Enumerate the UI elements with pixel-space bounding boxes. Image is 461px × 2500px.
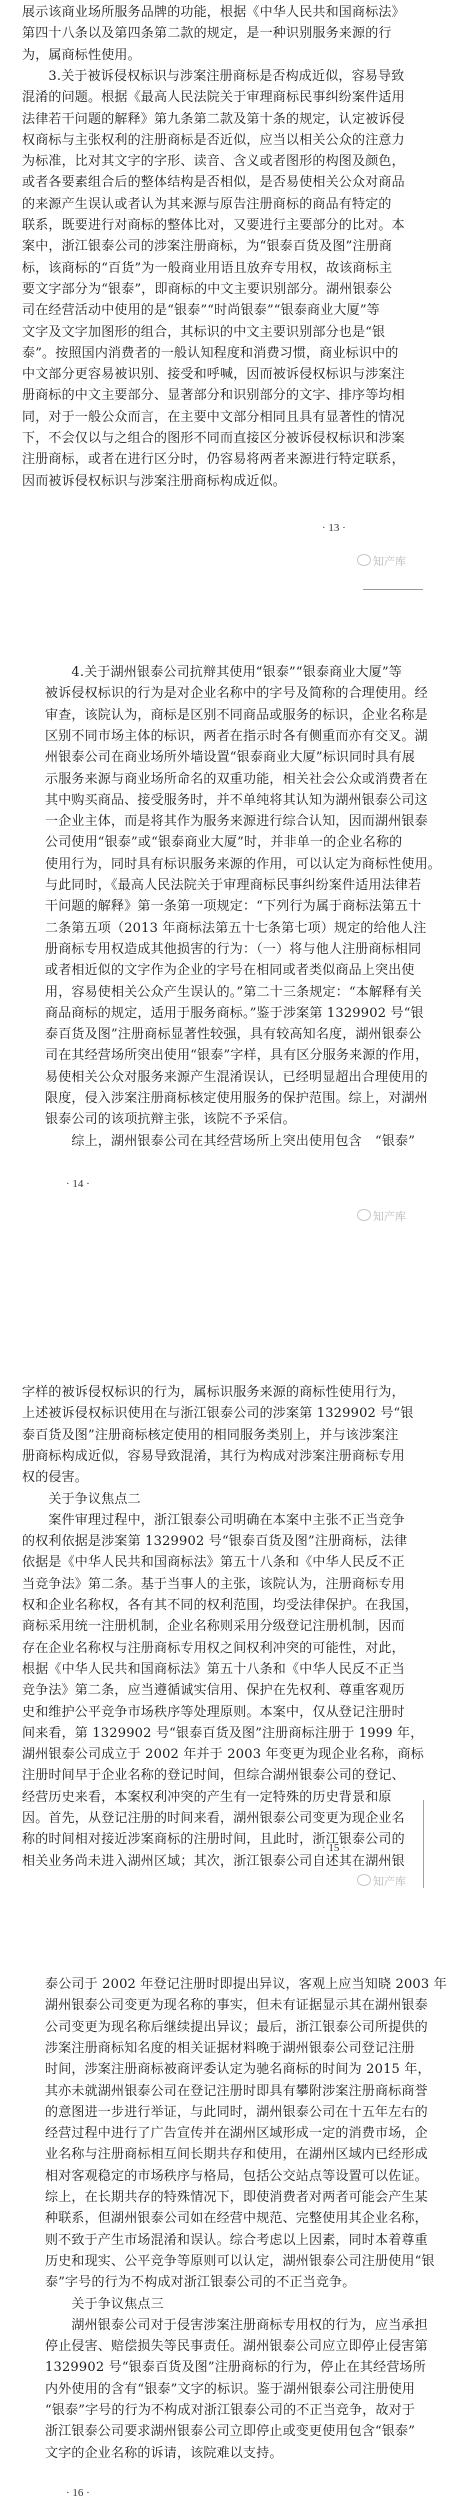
text-line: 法律若干问题的解释》第九条第二款及第十条的规定，认定被诉侵 (22, 113, 405, 126)
text-line: 或者各要素组合后的整体结构是否相似，是否易使相关公众对商品 (22, 176, 405, 189)
text-line: 相关业务尚未进入湖州区域；其次，浙江银泰公司自述其在湖州银 (22, 1855, 405, 1868)
text-line: 泰百货及图”注册商标核定使用的相同服务类别上，并与该涉案注 (22, 1429, 398, 1442)
text-line: 因。首先，从登记注册的时间来看，湖州银泰公司变更为现企业名 (22, 1812, 405, 1825)
text-line: 商品商标的规定，适用于服务商标。”鉴于涉案第 1329902 号“银 (45, 1007, 424, 1020)
text-line: 被诉侵权标识的行为是对企业名称中的字号及简称的合理使用。经 (45, 687, 428, 700)
page-divider (363, 589, 423, 590)
watermark-text: 知产库 (373, 1875, 406, 1888)
text-line: 泰公司于 2002 年登记注册时即提出异议，客观上应当知晓 2003 年 (45, 1978, 447, 1991)
text-line: 相对客观稳定的市场秩序与格局，包括公交站点等设置可以佐证。 (45, 2170, 428, 2183)
wechat-logo-icon (357, 554, 371, 566)
text-line: 司在经营活动中使用的是“银泰”“时尚银泰”“银泰商业大厦”等 (22, 304, 380, 317)
text-line: 称的时间相对接近涉案商标的注册时间，且此时，浙江银泰公司的 (22, 1833, 405, 1846)
text-line: 权的侵害。 (22, 1471, 88, 1484)
text-line: 依据是《中华人民共和国商标法》第五十八条和《中华人民反不正 (22, 1556, 405, 1569)
text-line: 泰”。按照国内消费者的一般认知程度和消费习惯，商业标识中的 (22, 347, 398, 360)
text-line: 为标准，比对其文字的字形、读音、含义或者图形的构图及颜色， (22, 155, 405, 168)
text-line: 内外使用的含有“银泰”文字的标识。鉴于湖州银泰公司注册使用 (45, 2383, 415, 2396)
text-line: 标，该商标的“百货”为一般商业用语且放弃专用权，故该商标主 (22, 262, 392, 275)
text-line: 联系，既要进行对商标的整体比对，又要进行主要部分的比对。本 (22, 219, 405, 232)
text-line: 要文字部分为“银泰”，即商标的中文主要识别部分。湖州银泰公 (22, 283, 392, 296)
text-line: 泰百货及图”注册商标显著性较强，具有较高知名度，湖州银泰公 (45, 1028, 421, 1041)
text-line: 案中，浙江银泰公司的涉案注册商标，为“银泰百货及图”注册商 (22, 240, 392, 253)
text-line: 湖州银泰公司成立于 2002 年并于 2003 年变更为现企业名称，商标 (22, 1748, 424, 1761)
text-line: 历史和现实、公平竞争等原则可以认定，湖州银泰公司注册使用“银 (45, 2255, 435, 2268)
text-line: 关于争议焦点三 (45, 2298, 164, 2311)
text-line: 同，对于一般公众而言，在主要中文部分相同且具有显著性的情况 (22, 411, 405, 424)
text-line: 注册商标，或者在进行区分时，仍容易将两者来源进行特定联系， (22, 453, 405, 466)
text-line: 册商标构成近似，容易导致混淆，其行为构成对涉案注册商标专用 (22, 1450, 405, 1463)
page-edge (423, 1800, 424, 1888)
text-line: 限度，侵入涉案注册商标核定使用服务的保护范围。综上，对湖州 (45, 1092, 428, 1105)
text-line: 银泰公司的该项抗辩主张，该院不予采信。 (45, 1113, 296, 1126)
text-line: 综上，在长期共存的特殊情况下，即使消费者对两者可能会产生某 (45, 2191, 428, 2204)
text-line: 间来看，第 1329902 号“银泰百货及图”注册商标注册于 1999 年， (22, 1727, 423, 1740)
page-number: · 15 · (322, 1842, 346, 1854)
text-line: 4.关于湖州银泰公司抗辩其使用“银泰”“银泰商业大厦”等 (45, 666, 402, 679)
text-line: 易使相关公众对服务来源产生混淆误认，已经明显超出合理使用的 (45, 1071, 428, 1084)
text-line: 其中购买商品、接受服务时，并不单纯将其认知为湖州银泰公司这 (45, 794, 428, 807)
text-line: 公司使用“银泰”或“银泰商业大厦”时，并非单一的企业名称的 (45, 836, 402, 849)
page-number: · 14 · (66, 1178, 90, 1190)
text-line: 司在其经营场所突出使用“银泰”字样，具有区分服务来源的作用， (45, 1049, 428, 1062)
text-line: 3.关于被诉侵权标识与涉案注册商标是否构成近似，容易导致 (22, 70, 404, 83)
page-number: · 16 · (66, 2487, 90, 2499)
text-line: 一企业主体，而是将其作为服务来源进行综合认知，因而湖州银泰 (45, 815, 428, 828)
text-line: 字样的被诉侵权标识的行为，属标识服务来源的商标性使用行为， (22, 1386, 405, 1399)
text-line: 的意图进一步进行举证，与此同时，湖州银泰公司在十五年左右的 (45, 2106, 428, 2119)
watermark: 知产库 (357, 1208, 406, 1224)
text-line: 经营历史来看，本案权利冲突的产生有一定特殊的历史背景和原 (22, 1791, 392, 1804)
text-line: 种联系，但湖州银泰公司如在经营中规范、完整使用其企业名称， (45, 2212, 428, 2225)
text-line: 册商标的中文主要部分、显著部分和识别部分的文字、排序等均相 (22, 389, 405, 402)
text-line: 泰”字号的行为不构成对浙江银泰公司的不正当竞争。 (45, 2276, 355, 2289)
text-line: 案件审理过程中，浙江银泰公司明确在本案中主张不正当竞争 (22, 1514, 405, 1527)
text-line: 下，不会仅以与之组合的图形不同而直接区分被诉侵权标识和涉案 (22, 432, 405, 445)
text-line: 审查，该院认为，商标是区别不同商品或服务的标识，企业名称是 (45, 709, 428, 722)
text-line: 权和企业名称权，各有其不同的权利范围，均受法律保护。在我国， (22, 1599, 418, 1612)
text-line: 第四十八条以及第四条第二款的规定，是一种识别服务来源的行 (22, 27, 392, 40)
text-line: 或者相近似的文字作为企业的字号在相同或者类似商品上突出使 (45, 964, 415, 977)
text-line: 注册时间早于企业名称的登记时间，但综合湖州银泰公司的登记、 (22, 1769, 405, 1782)
text-line: 涉案注册商标知名度的相关证据材料晚于湖州银泰公司登记注册 (45, 2042, 415, 2055)
text-line: 则不致于产生市场混淆和误认。综合考虑以上因素，同时本着尊重 (45, 2234, 428, 2247)
text-line: 册商标专用权造成其他损害的行为：（一）将与他人注册商标相同 (45, 943, 421, 956)
text-line: 上述被诉侵权标识使用在与浙江银泰公司的涉案第 1329902 号“银 (22, 1407, 414, 1420)
text-line: 展示该商业场所服务品牌的功能，根据《中华人民共和国商标法》 (22, 6, 405, 19)
watermark: 知产库 (357, 1873, 406, 1889)
document-page-16: 泰公司于 2002 年登记注册时即提出异议，客观上应当知晓 2003 年湖州银泰… (0, 1970, 461, 2500)
watermark-text: 知产库 (373, 555, 406, 568)
text-line: 文字及文字加图形的组合，其标识的中文主要识别部分也是“银 (22, 326, 385, 339)
text-line: 业名称与注册商标相互间长期共存和使用，在湖州区域内已经形成 (45, 2148, 428, 2161)
text-line: 商标采用统一注册机制，企业名称则采用分级登记注册机制，因而 (22, 1620, 405, 1633)
text-line: 文字的企业名称的诉请，该院难以支持。 (45, 2447, 283, 2460)
text-line: 与此同时，《最高人民法院关于审理商标民事纠纷案件适用法律若 (45, 879, 421, 892)
text-line: 停止侵害、赔偿损失等民事责任。湖州银泰公司应立即停止侵害第 (45, 2340, 428, 2353)
text-line: 为，属商标性使用。 (22, 49, 141, 62)
text-line: 使用行为，同时具有标识服务来源的作用，可以认定为商标性使用。 (45, 858, 441, 871)
text-line: 的权利依据是涉案第 1329902 号“银泰百货及图”注册商标，法律 (22, 1535, 407, 1548)
text-line: 中文部分更容易被识别、接受和呼喊，因而被诉侵权标识与涉案注 (22, 368, 405, 381)
watermark-text: 知产库 (373, 1210, 406, 1223)
text-line: 史和维护公平竞争市场秩序等处理原则。本案中，仅从登记注册时 (22, 1706, 405, 1719)
text-line: 示服务来源与商业场所命名的双重功能，相关社会公众或消费者在 (45, 773, 428, 786)
text-line: 湖州银泰公司对于侵害涉案注册商标专用权的行为，应当承担 (45, 2319, 428, 2332)
text-line: 浙江银泰公司要求湖州银泰公司立即停止或变更使用包含“银泰” (45, 2425, 415, 2438)
document-page-14: 4.关于湖州银泰公司抗辩其使用“银泰”“银泰商业大厦”等被诉侵权标识的行为是对企… (0, 600, 461, 1220)
text-line: 权商标与主张权利的注册商标是否近似，应当以相关公众的注意力 (22, 134, 405, 147)
text-line: 干问题的解释》第一条第一项规定：“下列行为属于商标法第五十 (45, 900, 421, 913)
document-page-15: 字样的被诉侵权标识的行为，属标识服务来源的商标性使用行为，上述被诉侵权标识使用在… (0, 1330, 461, 1930)
text-line: 州银泰公司在商业场所外墙设置“银泰商业大厦”标识同时具有展 (45, 751, 415, 764)
text-line: “银泰”字号的行为不构成对浙江银泰公司的不正当竞争，故对于 (45, 2404, 415, 2417)
text-line: 其亦未就湖州银泰公司在登记注册时即具有攀附涉案注册商标商誉 (45, 2085, 428, 2098)
wechat-logo-icon (357, 1874, 371, 1886)
document-page-13: 展示该商业场所服务品牌的功能，根据《中华人民共和国商标法》第四十八条以及第四条第… (0, 0, 461, 600)
text-line: 用，容易使相关公众产生误认的。”第二十三条规定：“本解释有关 (45, 986, 422, 999)
text-line: 因而被诉侵权标识与涉案注册商标构成近似。 (22, 475, 286, 488)
text-line: 竞争法》第二条，应当遵循诚实信用、保护在先权利、尊重客观历 (22, 1684, 405, 1697)
text-line: 区别不同市场主体的标识，两者在指示时各有侧重而亦有交叉。湖 (45, 730, 428, 743)
text-line: 综上，湖州银泰公司在其经营场所上突出使用包含 “银泰” (45, 1135, 415, 1148)
page-number: · 13 · (322, 522, 346, 534)
text-line: 关于争议焦点二 (22, 1493, 141, 1506)
watermark: 知产库 (357, 553, 406, 569)
text-line: 湖州银泰公司变更为现名称的事实，但未有证据显示其在湖州银泰 (45, 1999, 428, 2012)
text-line: 的来源产生误认或者认为其来源与原告注册商标的商品有特定的 (22, 198, 392, 211)
wechat-logo-icon (357, 1209, 371, 1221)
text-line: 混淆的问题。根据《最高人民法院关于审理商标民事纠纷案件适用 (22, 91, 405, 104)
text-line: 二条第五项（2013 年商标法第五十七条第七项）规定的给他人注 (45, 922, 426, 935)
text-line: 存在企业名称权与注册商标专用权之间权利冲突的可能性，对此， (22, 1642, 405, 1655)
text-line: 公司变更为现名称后继续提出异议；最后，浙江银泰公司所提供的 (45, 2021, 428, 2034)
text-line: 时间，涉案注册商标被商评委认定为驰名商标的时间为 2015 年， (45, 2063, 431, 2076)
text-line: 根据《中华人民共和国商标法》第五十八条和《中华人民反不正当 (22, 1663, 405, 1676)
text-line: 经营过程中进行了广告宣传并在湖州区域形成一定的消费市场，企 (45, 2127, 428, 2140)
text-line: 1329902 号“银泰百货及图”注册商标的行为，停止在其经营场所 (45, 2361, 426, 2374)
text-line: 当竞争法》第二条。基于当事人的主张，该院认为，注册商标专用 (22, 1578, 405, 1591)
